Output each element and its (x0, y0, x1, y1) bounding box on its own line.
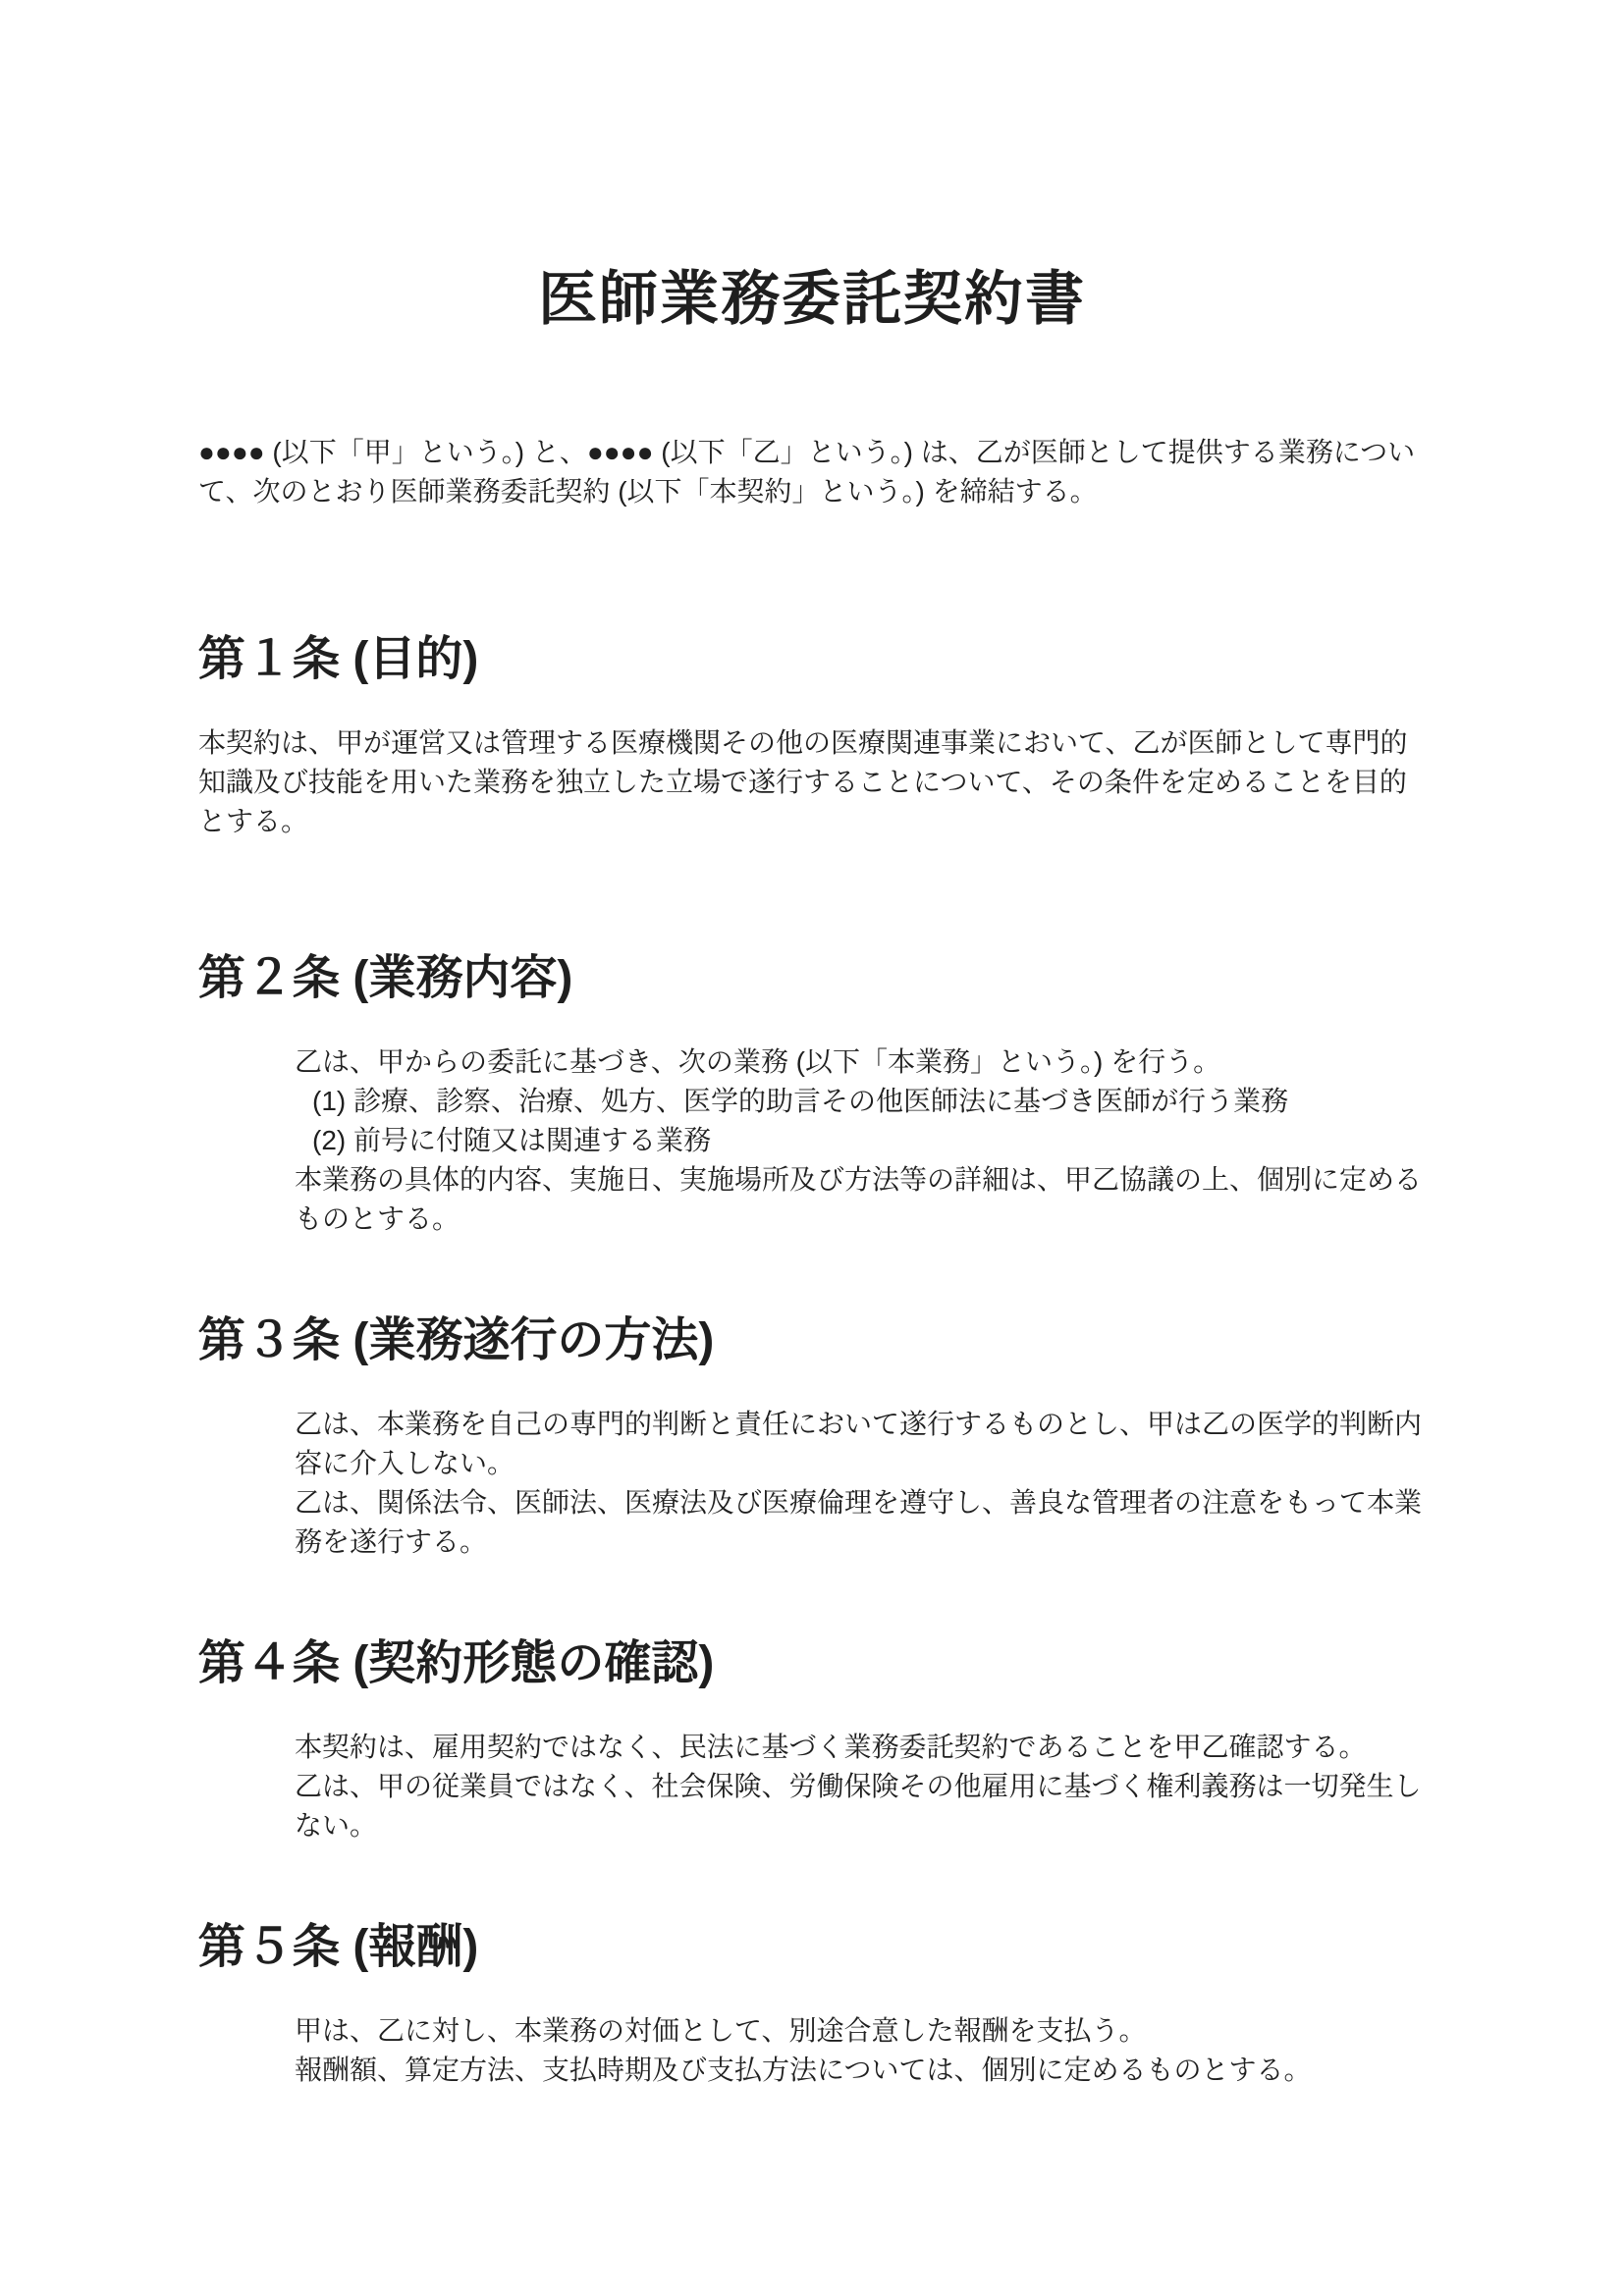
article-2-paragraph: 本業務の具体的内容、実施日、実施場所及び方法等の詳細は、甲乙協議の上、個別に定め… (295, 1160, 1426, 1239)
article-2-body: 乙は、甲からの委託に基づき、次の業務 (以下「本業務」という。) を行う。 (1… (295, 1042, 1426, 1239)
article-3-paragraph-2: 乙は、関係法令、医師法、医療法及び医療倫理を遵守し、善良な管理者の注意をもって本… (295, 1483, 1426, 1562)
article-3-heading: 第３条 (業務遂行の方法) (198, 1313, 1426, 1368)
contract-document-page: 医師業務委託契約書 ●●●● (以下「甲」という。) と、●●●● (以下「乙」… (0, 0, 1624, 2296)
article-2-list-item-2: (2) 前号に付随又は関連する業務 (295, 1121, 1426, 1160)
article-3-paragraph-1: 乙は、本業務を自己の専門的判断と責任において遂行するものとし、甲は乙の医学的判断… (295, 1405, 1426, 1483)
article-1-body: 本契約は、甲が運営又は管理する医療機関その他の医療関連事業において、乙が医師とし… (198, 723, 1426, 841)
article-5-paragraph-1: 甲は、乙に対し、本業務の対価として、別途合意した報酬を支払う。 (295, 2011, 1426, 2051)
article-5-paragraph-2: 報酬額、算定方法、支払時期及び支払方法については、個別に定めるものとする。 (295, 2051, 1426, 2090)
article-2-heading: 第２条 (業務内容) (198, 951, 1426, 1006)
article-1-paragraph: 本契約は、甲が運営又は管理する医療機関その他の医療関連事業において、乙が医師とし… (198, 723, 1426, 841)
article-4-paragraph-1: 本契約は、雇用契約ではなく、民法に基づく業務委託契約であることを甲乙確認する。 (295, 1728, 1426, 1767)
article-5-body: 甲は、乙に対し、本業務の対価として、別途合意した報酬を支払う。 報酬額、算定方法… (295, 2011, 1426, 2090)
article-2-list-item-1: (1) 診療、診察、治療、処方、医学的助言その他医師法に基づき医師が行う業務 (295, 1082, 1426, 1121)
article-4-paragraph-2: 乙は、甲の従業員ではなく、社会保険、労働保険その他雇用に基づく権利義務は一切発生… (295, 1767, 1426, 1845)
article-1-heading: 第１条 (目的) (198, 632, 1426, 687)
article-4-heading: 第４条 (契約形態の確認) (198, 1636, 1426, 1691)
intro-paragraph: ●●●● (以下「甲」という。) と、●●●● (以下「乙」という。) は、乙が… (198, 433, 1426, 511)
article-4-body: 本契約は、雇用契約ではなく、民法に基づく業務委託契約であることを甲乙確認する。 … (295, 1728, 1426, 1845)
article-3-body: 乙は、本業務を自己の専門的判断と責任において遂行するものとし、甲は乙の医学的判断… (295, 1405, 1426, 1562)
document-title: 医師業務委託契約書 (198, 267, 1426, 332)
article-2-lead-paragraph: 乙は、甲からの委託に基づき、次の業務 (以下「本業務」という。) を行う。 (295, 1042, 1426, 1082)
article-5-heading: 第５条 (報酬) (198, 1920, 1426, 1975)
